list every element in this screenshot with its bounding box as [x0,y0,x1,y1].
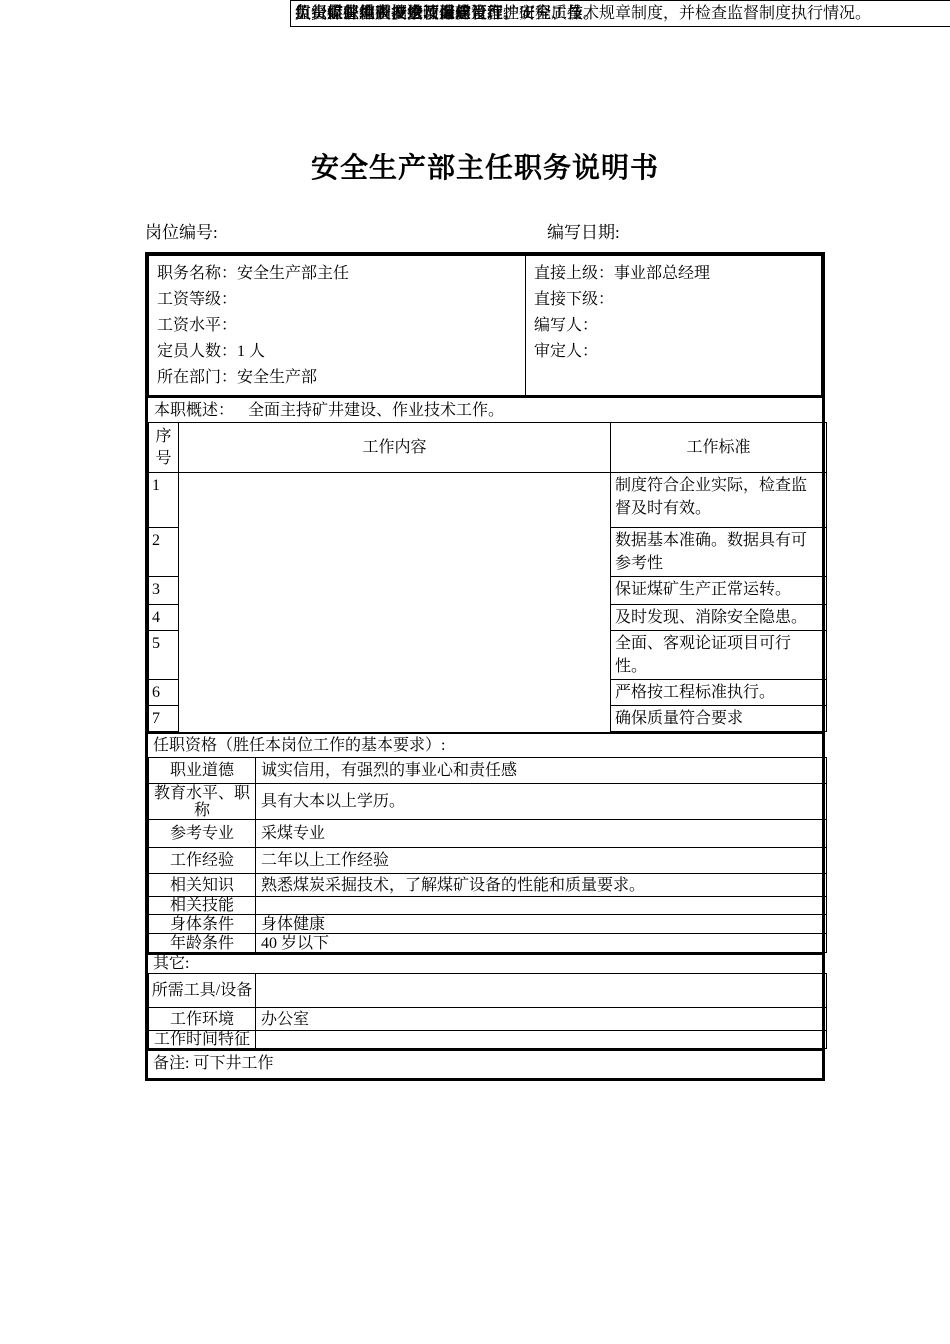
work-header-standard: 工作标准 [611,423,827,473]
qual-row-experience: 工作经验 二年以上工作经验 [149,848,827,874]
work-row-no: 1 [149,473,179,528]
other-row-worktime: 工作时间特征 [149,1031,827,1049]
qual-label: 工作经验 [149,848,256,874]
direct-superior-line: 直接上级：事业部总经理 [534,261,813,287]
work-row-standard: 严格按工程标准执行。 [611,680,827,706]
qual-value [256,897,827,915]
job-summary-row: 本职概述：全面主持矿井建设、作业技术工作。 [148,396,822,422]
author-line: 编写人： [534,313,813,339]
qual-row-education: 教育水平、职称 具有大本以上学历。 [149,784,827,820]
qual-value: 诚实信用，有强烈的事业心和责任感 [256,758,827,784]
other-header: 其它: [148,953,822,973]
job-summary-text: 全面主持矿井建设、作业技术工作。 [248,402,504,419]
meta-row: 岗位编号: 编写日期: [145,222,825,244]
write-date-label: 编写日期: [547,222,620,244]
other-label: 所需工具/设备 [149,974,256,1008]
other-label: 工作时间特征 [149,1031,256,1049]
basic-info-section: 职务名称：安全生产部主任 工资等级： 工资水平： 定员人数：1 人 所在部门：安… [148,255,822,396]
qual-row-knowledge: 相关知识 熟悉煤炭采掘技术，了解煤矿设备的性能和质量要求。 [149,874,827,897]
wage-grade-line: 工资等级： [157,287,517,313]
other-value [256,974,827,1008]
qual-row-major: 参考专业 采煤专业 [149,820,827,848]
work-header-content: 工作内容 [179,423,611,473]
work-row-5: 5 负责煤矿重大投资项目的可行性研究工作。 全面、客观论证项目可行性。 [149,631,827,680]
direct-subordinate-line: 直接下级： [534,287,813,313]
qual-label: 相关技能 [149,897,256,915]
work-row-no: 5 [149,631,179,680]
work-row-7: 7 组织监督检查掘进、采煤及维护工程质量。 确保质量符合要求 [149,706,827,732]
work-row-no: 4 [149,605,179,631]
work-row-standard: 保证煤矿生产正常运转。 [611,577,827,605]
qual-value: 具有大本以上学历。 [256,784,827,820]
basic-info-left-cell: 职务名称：安全生产部主任 工资等级： 工资水平： 定员人数：1 人 所在部门：安… [149,256,526,396]
basic-info-right-cell: 直接上级：事业部总经理 直接下级： 编写人： 审定人： [526,256,822,396]
job-title-line: 职务名称：安全生产部主任 [157,261,517,287]
qual-row-skills: 相关技能 [149,897,827,915]
qual-value: 身体健康 [256,915,827,934]
approver-line: 审定人： [534,339,813,365]
work-row-content: 组织监督检查掘进、采煤及维护工程质量。 [290,0,950,27]
other-label: 工作环境 [149,1008,256,1031]
work-row-6: 6 负责煤矿重大投资项目建设。 严格按工程标准执行。 [149,680,827,706]
work-row-no: 3 [149,577,179,605]
qual-value: 采煤专业 [256,820,827,848]
work-row-standard: 及时发现、消除安全隐患。 [611,605,827,631]
qual-label: 年龄条件 [149,934,256,953]
other-table: 所需工具/设备 工作环境 办公室 工作时间特征 [148,973,827,1049]
other-value: 办公室 [256,1008,827,1031]
qual-row-physical: 身体条件 身体健康 [149,915,827,934]
work-header-no: 序号 [149,423,179,473]
qual-row-ethics: 职业道德 诚实信用，有强烈的事业心和责任感 [149,758,827,784]
post-code-label: 岗位编号: [145,222,547,244]
qual-label: 教育水平、职称 [149,784,256,820]
document-content: 安全生产部主任职务说明书 岗位编号: 编写日期: 职务名称：安全生产部主任 工资… [145,0,825,1081]
qual-value: 二年以上工作经验 [256,848,827,874]
qual-label: 相关知识 [149,874,256,897]
other-row-tools: 所需工具/设备 [149,974,827,1008]
work-row-no: 6 [149,680,179,706]
work-row-1: 1 负责组织编制、修订煤矿生产、安全、技术规章制度，并检查监督制度执行情况。 制… [149,473,827,528]
work-table: 序号 工作内容 工作标准 1 负责组织编制、修订煤矿生产、安全、技术规章制度，并… [148,422,827,732]
department-line: 所在部门：安全生产部 [157,365,517,391]
other-value [256,1031,827,1049]
work-row-standard: 全面、客观论证项目可行性。 [611,631,827,680]
wage-level-line: 工资水平： [157,313,517,339]
work-row-no: 7 [149,706,179,732]
work-table-header-row: 序号 工作内容 工作标准 [149,423,827,473]
qual-value: 熟悉煤炭采掘技术，了解煤矿设备的性能和质量要求。 [256,874,827,897]
job-summary-label: 本职概述： [154,402,234,419]
document-title: 安全生产部主任职务说明书 [145,146,825,186]
qual-value: 40 岁以下 [256,934,827,953]
work-row-4: 4 监督检查煤矿安全情况。 及时发现、消除安全隐患。 [149,605,827,631]
qual-label: 职业道德 [149,758,256,784]
qual-label: 身体条件 [149,915,256,934]
qual-row-age: 年龄条件 40 岁以下 [149,934,827,953]
other-row-environment: 工作环境 办公室 [149,1008,827,1031]
qualifications-header: 任职资格（胜任本岗位工作的基本要求）: [148,732,822,757]
work-row-standard: 数据基本准确。数据具有可参考性 [611,528,827,577]
document-page: 安全生产部主任职务说明书 岗位编号: 编写日期: 职务名称：安全生产部主任 工资… [0,0,950,1344]
work-row-3: 3 负责煤矿生产技术改造。 保证煤矿生产正常运转。 [149,577,827,605]
work-row-standard: 制度符合企业实际，检查监督及时有效。 [611,473,827,528]
work-row-no: 2 [149,528,179,577]
work-row-2: 2 负责矿井地质测绘及储量管理。 数据基本准确。数据具有可参考性 [149,528,827,577]
job-description-table: 职务名称：安全生产部主任 工资等级： 工资水平： 定员人数：1 人 所在部门：安… [145,252,825,1081]
remark-row: 备注: 可下井工作 [148,1049,822,1078]
qualifications-table: 职业道德 诚实信用，有强烈的事业心和责任感 教育水平、职称 具有大本以上学历。 … [148,757,827,953]
qual-label: 参考专业 [149,820,256,848]
work-row-standard: 确保质量符合要求 [611,706,827,732]
headcount-line: 定员人数：1 人 [157,339,517,365]
